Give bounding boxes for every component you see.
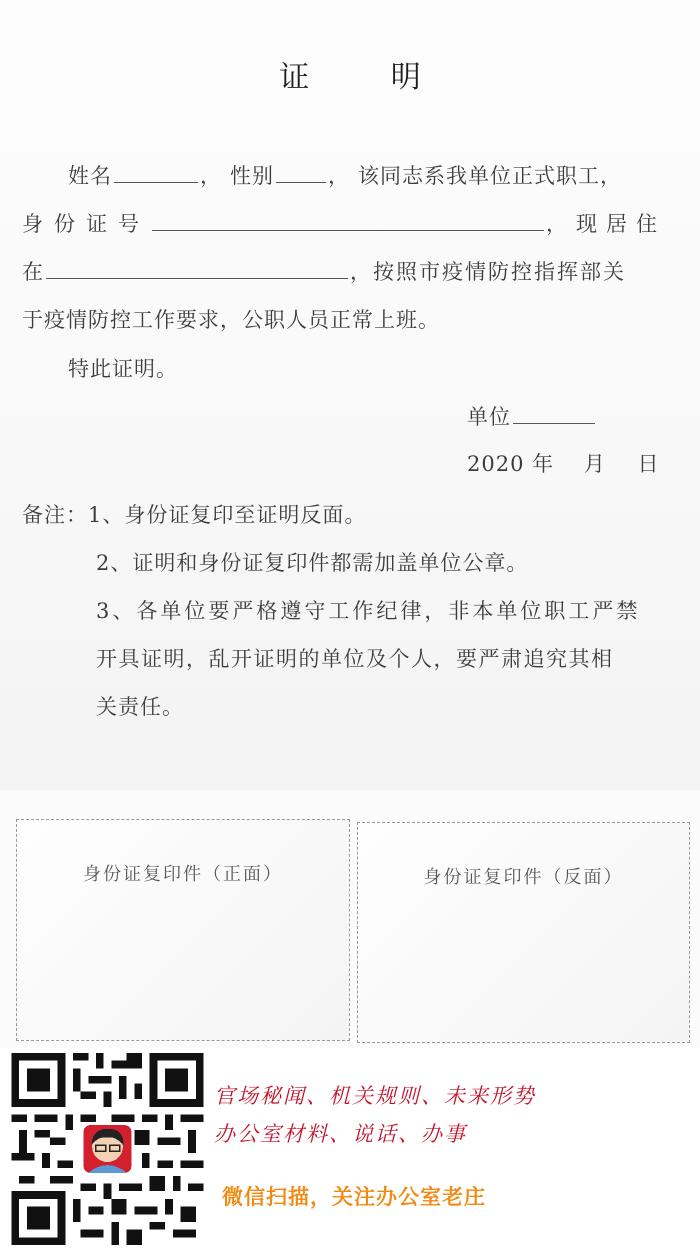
residence-lead: 在 (22, 260, 44, 284)
body-line-2: 身份证号，现居住 (22, 208, 666, 238)
notes-label: 备注： (22, 503, 88, 527)
qr-code-icon[interactable] (10, 1053, 205, 1245)
notes-line-1: 备注：1、身份证复印至证明反面。 (22, 499, 366, 529)
promo-line-1: 官场秘闻、机关规则、未来形势 (214, 1080, 536, 1110)
gender-blank[interactable] (276, 162, 326, 183)
unit-signature: 单位 (467, 401, 597, 431)
name-blank[interactable] (114, 162, 198, 183)
certificate-page: 证 明 姓名，性别，该同志系我单位正式职工， 身份证号，现居住 在，按照市疫情防… (0, 0, 700, 790)
id-copy-back-label: 身份证复印件（反面） (358, 863, 689, 889)
date-year: 2020 (467, 452, 524, 476)
id-number-blank[interactable] (152, 210, 544, 231)
promo-cta: 微信扫描，关注办公室老庄 (222, 1181, 486, 1211)
day-label: 日 (638, 452, 660, 476)
year-label: 年 (532, 452, 554, 476)
note-item-3-cont: 开具证明，乱开证明的单位及个人，要严肃追究其相 (96, 643, 614, 673)
body-line-3: 在，按照市疫情防控指挥部关 (22, 256, 626, 286)
id-copy-back-box: 身份证复印件（反面） (357, 822, 690, 1043)
note-item-2: 2、证明和身份证复印件都需加盖单位公章。 (96, 547, 528, 577)
comma: ， (328, 164, 350, 188)
date-line: 2020 年 月 日 (467, 448, 660, 478)
body-line-3-tail: ，按照市疫情防控指挥部关 (350, 260, 626, 284)
comma: ， (200, 164, 222, 188)
gender-label: 性别 (230, 164, 274, 188)
id-copy-front-box: 身份证复印件（正面） (16, 819, 350, 1041)
body-line-2-tail: ，现居住 (546, 212, 666, 236)
promo-line-2: 办公室材料、说话、办事 (214, 1118, 467, 1148)
body-line-4: 于疫情防控工作要求，公职人员正常上班。 (22, 304, 440, 334)
body-line-1-tail: 该同志系我单位正式职工， (358, 164, 622, 188)
month-label: 月 (584, 452, 606, 476)
body-line-5: 特此证明。 (68, 353, 178, 383)
unit-label: 单位 (467, 405, 511, 429)
residence-blank[interactable] (46, 258, 348, 279)
unit-blank[interactable] (513, 403, 595, 424)
note-item-3-end: 关责任。 (96, 691, 184, 721)
note-item-1: 1、身份证复印至证明反面。 (88, 503, 366, 527)
id-number-label: 身份证号 (22, 212, 150, 236)
note-item-3: 3、各单位要严格遵守工作纪律，非本单位职工严禁 (96, 595, 640, 625)
name-label: 姓名 (68, 164, 112, 188)
body-line-1: 姓名，性别，该同志系我单位正式职工， (68, 160, 622, 190)
document-title: 证 明 (0, 52, 700, 96)
id-copy-front-label: 身份证复印件（正面） (17, 860, 349, 886)
